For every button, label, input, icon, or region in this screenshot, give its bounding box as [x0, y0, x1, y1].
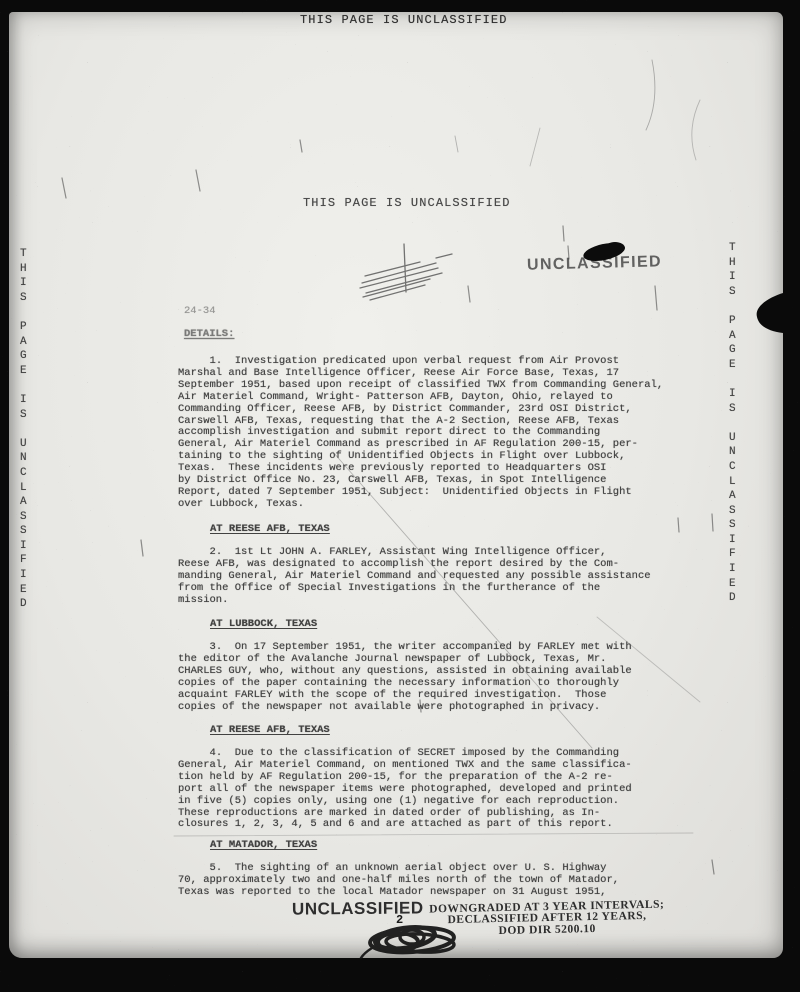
unclassified-stamp-top: UNCLASSIFIED — [527, 253, 662, 275]
page-number: 2 — [396, 913, 403, 927]
paragraph-5: 5. The sighting of an unknown aerial obj… — [178, 863, 698, 899]
unclassified-stamp-bottom: UNCLASSIFIED — [292, 898, 424, 919]
paragraph-2: 2. 1st Lt JOHN A. FARLEY, Assistant Wing… — [178, 547, 698, 607]
left-margin-classification-label: T H I S P A G E I S U N C L A S S I F I … — [20, 247, 27, 612]
downgrade-declassify-stamp: DOWNGRADED AT 3 YEAR INTERVALS; DECLASSI… — [424, 899, 671, 938]
document-number: 24-34 — [184, 306, 216, 318]
section-heading-matador: AT MATADOR, TEXAS — [210, 840, 317, 852]
section-heading-reese-afb-2: AT REESE AFB, TEXAS — [210, 725, 330, 737]
page-classification-header: THIS PAGE IS UNCALSSIFIED — [303, 196, 511, 210]
section-heading-reese-afb-1: AT REESE AFB, TEXAS — [210, 524, 330, 536]
scanned-document-page: THIS PAGE IS UNCLASSIFIED T H I S P A G … — [0, 0, 800, 992]
paragraph-1: 1. Investigation predicated upon verbal … — [178, 356, 698, 511]
paragraph-3: 3. On 17 September 1951, the writer acco… — [178, 642, 698, 713]
top-edge-classification-label: THIS PAGE IS UNCLASSIFIED — [300, 13, 508, 27]
details-heading: DETAILS: — [184, 329, 234, 341]
section-heading-lubbock: AT LUBBOCK, TEXAS — [210, 619, 317, 631]
right-margin-classification-label: T H I S P A G E I S U N C L A S S I F I … — [729, 241, 736, 606]
paragraph-4: 4. Due to the classification of SECRET i… — [178, 748, 698, 831]
